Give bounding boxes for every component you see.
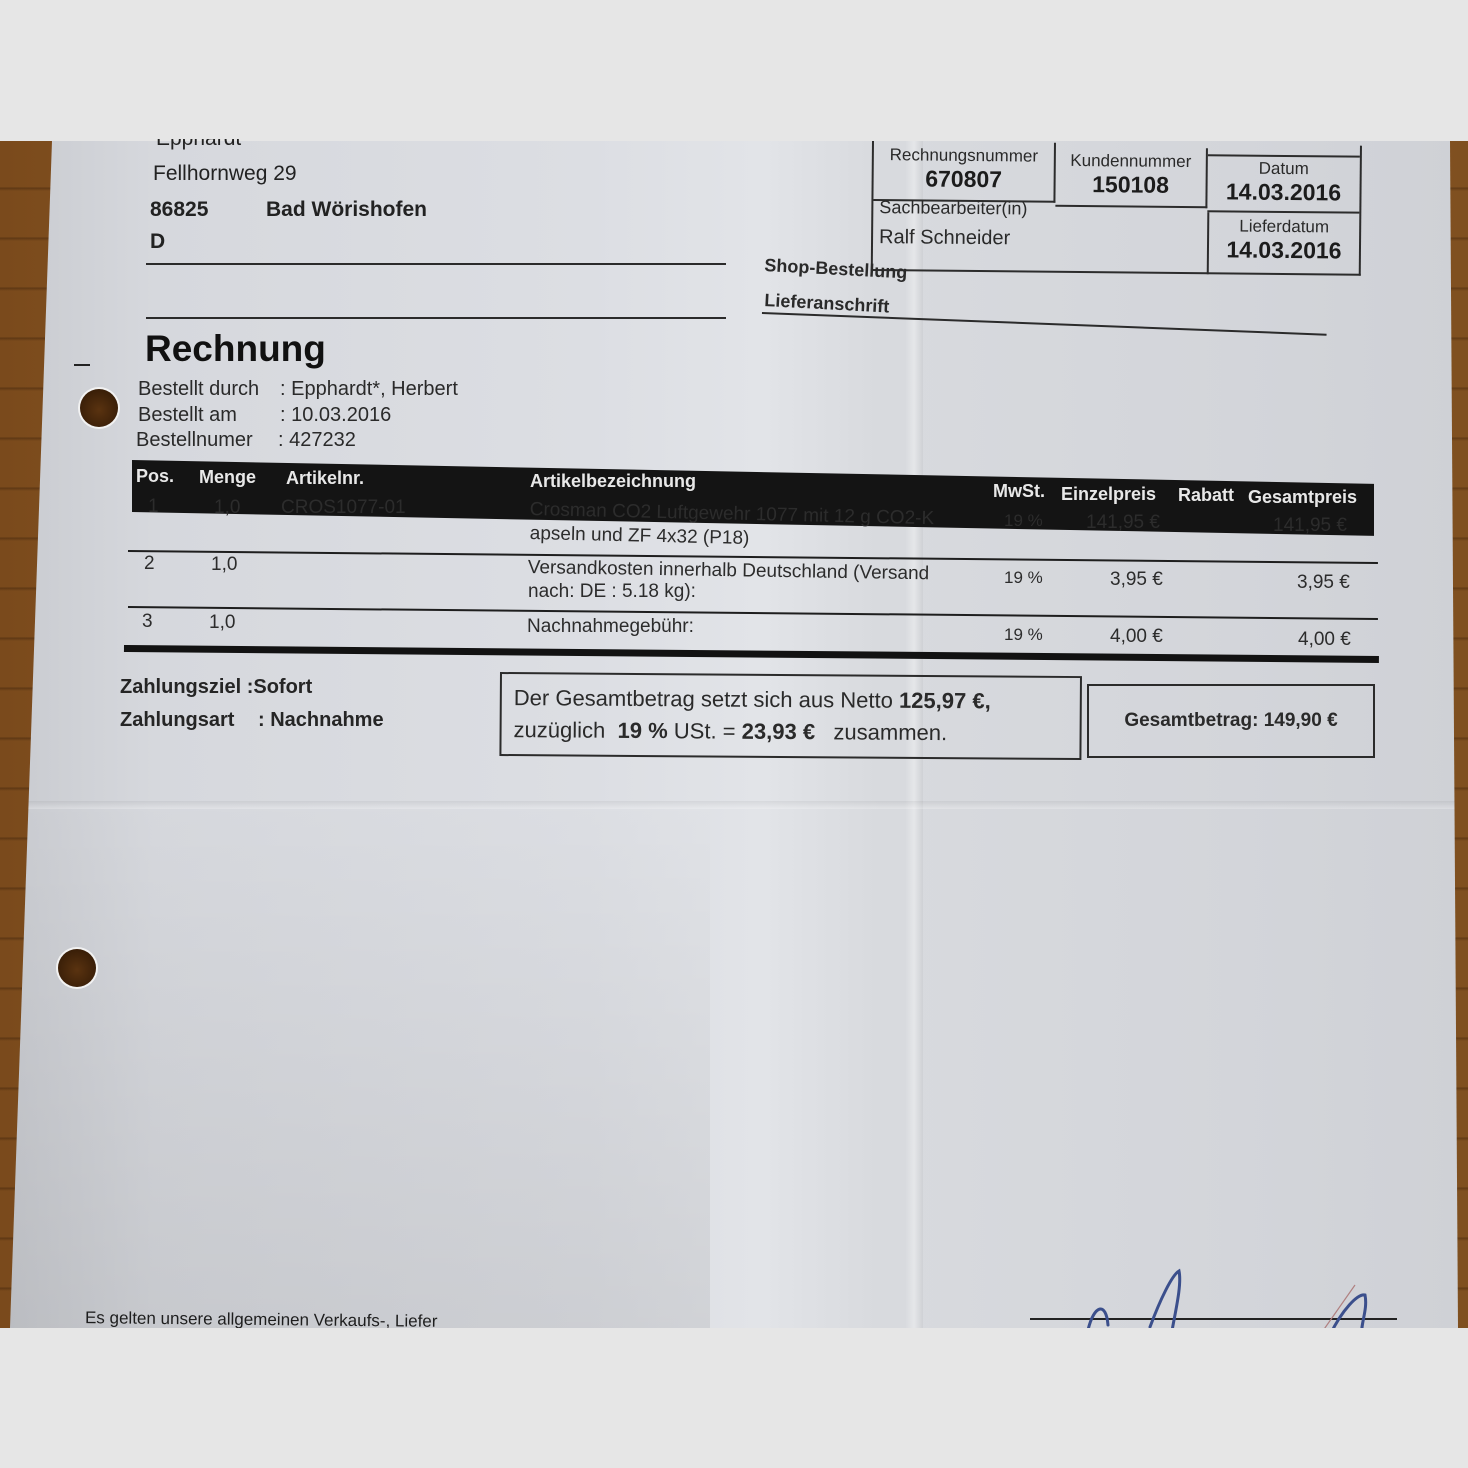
col-description: Artikelbezeichnung [530,471,696,492]
row2-unit-price: 3,95 € [1110,569,1163,591]
order-meta-ordered-on: Bestellt am: 10.03.2016 [138,404,391,427]
tax-summary-box: Der Gesamtbetrag setzt sich aus Netto 12… [499,672,1082,760]
invoice-number: 670807 [874,165,1054,194]
recipient-city: Bad Wörishofen [266,198,427,222]
clerk-name: Ralf Schneider [879,226,1199,252]
recipient-name-partial: Epphardt [156,127,241,151]
row2-vat: 19 % [1004,568,1043,588]
ordered-on-value: : 10.03.2016 [280,404,391,426]
row3-pos: 3 [142,611,153,633]
order-number-label: Bestellnumer [136,429,278,452]
vat-amount: 23,93 € [742,719,816,745]
order-number-value: : 427232 [278,429,356,451]
grand-total: Gesamtbetrag: 149,90 € [1124,710,1337,732]
payment-method-label: Zahlungsart [120,709,258,732]
paper-fold-horizontal [10,801,1458,809]
payment-method: Zahlungsart: Nachnahme [120,709,384,732]
image-bottom-margin [0,1328,1468,1468]
summary-prefix: zuzüglich [514,717,606,743]
delivery-date-cell: Lieferdatum 14.03.2016 [1207,212,1360,275]
col-qty: Menge [199,467,256,488]
col-discount: Rabatt [1178,485,1234,506]
date-cell: Datum 14.03.2016 [1207,154,1360,213]
vat-rate: 19 % [617,718,667,743]
customer-number: 150108 [1055,171,1205,199]
row1-vat: 19 % [1004,511,1043,531]
row1-total: 141,95 € [1273,515,1347,537]
punch-hole-top [80,389,118,427]
invoice-date: 14.03.2016 [1207,178,1359,206]
address-rule-2 [146,317,726,319]
row1-pos: 1 [148,496,159,518]
recipient-street: Fellhornweg 29 [153,162,297,186]
col-article-no: Artikelnr. [286,468,364,489]
payment-term: Zahlungsziel :Sofort [120,676,312,699]
recipient-country: D [150,230,165,254]
row2-total: 3,95 € [1297,572,1350,594]
grand-total-box: Gesamtbetrag: 149,90 € [1087,684,1375,758]
clerk-label: Sachbearbeiter(in) [879,197,1199,221]
punch-hole-bottom [58,949,96,987]
invoice-number-label: Rechnungsnummer [874,145,1054,167]
col-vat: MwSt. [993,481,1045,502]
ordered-by-value: : Epphardt*, Herbert [280,378,458,400]
col-total: Gesamtpreis [1248,487,1357,508]
row2-qty: 1,0 [211,554,237,576]
address-rule-1 [146,263,726,265]
row2-pos: 2 [144,553,155,575]
row2-desc-2: nach: DE : 5.18 kg): [528,581,696,603]
summary-suffix: zusammen. [833,719,947,745]
signature-icon [1080,1265,1380,1335]
payment-term-value: :Sofort [247,676,313,698]
row1-qty: 1,0 [214,497,240,519]
clerk-cell: Sachbearbeiter(in) Ralf Schneider [879,197,1199,252]
ordered-by-label: Bestellt durch [138,378,280,401]
order-meta-order-number: Bestellnumer: 427232 [136,429,356,452]
recipient-zip: 86825 [150,198,208,222]
row3-vat: 19 % [1004,625,1043,645]
date-label: Datum [1208,158,1360,179]
col-unit-price: Einzelpreis [1061,484,1156,505]
row3-qty: 1,0 [209,612,235,634]
payment-term-label: Zahlungsziel [120,676,241,698]
row3-desc-1: Nachnahmegebühr: [527,616,694,638]
summary-line-2: zuzüglich 19 % USt. = 23,93 € zusammen. [513,714,1067,750]
col-pos: Pos. [136,466,174,487]
delivery-date: 14.03.2016 [1209,236,1359,264]
row3-total: 4,00 € [1298,629,1351,651]
invoice-number-cell: Rechnungsnummer 670807 [873,141,1056,203]
document-title: Rechnung [145,328,326,370]
summary-text: Der Gesamtbetrag setzt sich aus Netto [514,685,893,713]
payment-method-value: : Nachnahme [258,709,384,731]
delivery-date-label: Lieferdatum [1209,216,1359,237]
ordered-on-label: Bestellt am [138,404,280,427]
vat-label: USt. = [674,718,736,743]
summary-line-1: Der Gesamtbetrag setzt sich aus Netto 12… [514,682,1068,718]
customer-number-label: Kundennummer [1056,151,1206,172]
fold-mark [74,364,90,366]
row1-unit-price: 141,95 € [1086,512,1160,534]
invoice-info-box: Rechnungsnummer 670807 Kundennummer 1501… [871,141,1362,276]
row3-unit-price: 4,00 € [1110,626,1163,648]
row1-article-no: CROS1077-01 [281,497,406,519]
net-amount: 125,97 €, [899,688,991,714]
order-meta-ordered-by: Bestellt durch: Epphardt*, Herbert [138,378,458,401]
